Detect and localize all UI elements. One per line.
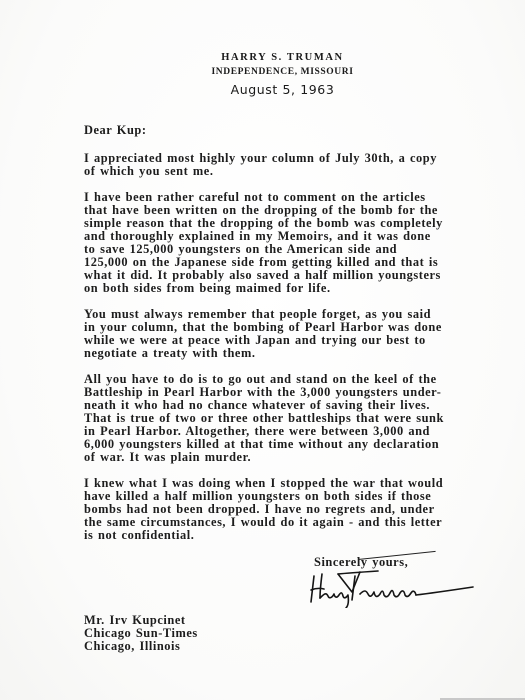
letter-page: HARRY S. TRUMAN INDEPENDENCE, MISSOURI A… <box>0 0 525 700</box>
paragraph: I knew what I was doing when I stopped t… <box>84 477 514 542</box>
letterhead-place: INDEPENDENCE, MISSOURI <box>40 65 525 79</box>
paragraph-line: of war. It was plain murder. <box>84 451 514 464</box>
recipient-address: Mr. Irv KupcinetChicago Sun-TimesChicago… <box>84 614 198 653</box>
paragraph: All you have to do is to go out and stan… <box>84 373 514 464</box>
paragraph: I appreciated most highly your column of… <box>84 152 514 178</box>
salutation: Dear Kup: <box>84 124 147 137</box>
signature-icon <box>308 568 478 608</box>
paragraph-line: on both sides from being maimed for life… <box>84 282 514 295</box>
letterhead-name: HARRY S. TRUMAN <box>40 50 525 65</box>
paragraph-line: of which you sent me. <box>84 165 514 178</box>
recipient-line: Chicago, Illinois <box>84 640 198 653</box>
paragraph-line: negotiate a treaty with them. <box>84 347 514 360</box>
letter-body: I appreciated most highly your column of… <box>84 152 514 555</box>
paragraph: You must always remember that people for… <box>84 308 514 360</box>
paragraph-line: is not confidential. <box>84 529 514 542</box>
paragraph: I have been rather careful not to commen… <box>84 191 514 295</box>
letterhead: HARRY S. TRUMAN INDEPENDENCE, MISSOURI A… <box>0 50 525 99</box>
letter-date: August 5, 1963 <box>40 81 525 99</box>
